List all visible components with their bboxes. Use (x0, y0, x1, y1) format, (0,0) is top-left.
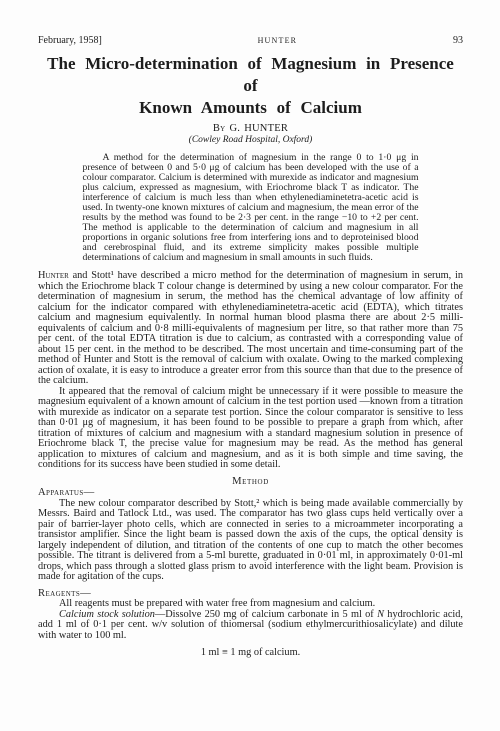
equivalence-statement: 1 ml ≡ 1 mg of calcium. (38, 648, 463, 659)
article-title: The Micro-determination of Magnesium in … (38, 53, 463, 119)
paragraph-apparatus: The new colour comparator described by S… (38, 499, 463, 583)
abstract: A method for the determination of magnes… (83, 153, 419, 263)
article-title-line2: Known Amounts of Calcium (38, 97, 463, 119)
calcium-stock-lead: Calcium stock solution (59, 609, 155, 620)
normality-symbol: N (377, 609, 384, 620)
byline-prefix: By (213, 123, 225, 134)
paragraph-intro: Hunter and Stott¹ have described a micro… (38, 271, 463, 387)
article-body: Hunter and Stott¹ have described a micro… (38, 271, 463, 659)
paragraph-rationale: It appeared that the removal of calcium … (38, 387, 463, 471)
calcium-stock-mid: —Dissolve 250 mg of calcium carbonate in… (155, 609, 377, 620)
byline: By G. HUNTER (38, 123, 463, 134)
section-heading-method: Method (38, 477, 463, 488)
paragraph-intro-lead: Hunter (38, 270, 69, 281)
running-author: HUNTER (258, 36, 298, 45)
journal-page: February, 1958] HUNTER 93 The Micro-dete… (0, 0, 500, 731)
affiliation: (Cowley Road Hospital, Oxford) (38, 135, 463, 145)
running-head: February, 1958] HUNTER 93 (38, 35, 463, 46)
issue-date: February, 1958] (38, 35, 102, 46)
paragraph-intro-text: and Stott¹ have described a micro method… (38, 270, 463, 386)
paragraph-calcium-stock: Calcium stock solution—Dissolve 250 mg o… (38, 610, 463, 642)
subsection-heading-apparatus: Apparatus— (38, 488, 463, 499)
page-number: 93 (453, 35, 463, 46)
article-title-line1: The Micro-determination of Magnesium in … (38, 53, 463, 97)
author-name: G. HUNTER (225, 123, 288, 134)
